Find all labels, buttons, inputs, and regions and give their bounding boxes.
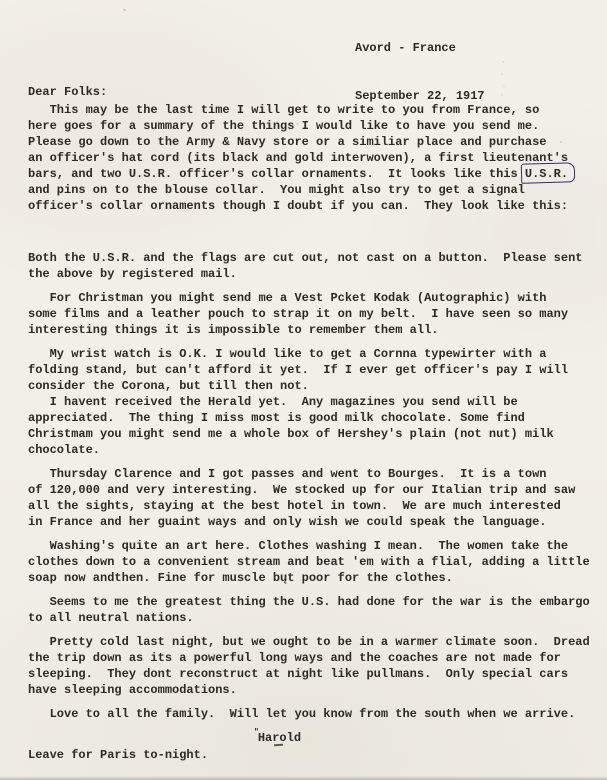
letter-page: Avord - France September 22, 1917 Dear F… (0, 0, 607, 780)
paragraph-herald-chocolate: I havent received the Herald yet. Any ma… (28, 394, 607, 458)
paragraph-embargo: Seems to me the greatest thing the U.S. … (28, 594, 607, 626)
paragraph-bourges-trip: Thursday Clarence and I got passes and w… (28, 466, 607, 530)
paragraph-supplies-request: This may be the last time I will get to … (28, 102, 607, 214)
paragraph-love-to-family: Love to all the family. Will let you kno… (28, 706, 607, 722)
salutation: Dear Folks: (28, 84, 607, 100)
signature: ″Harold (28, 725, 607, 746)
paragraph-cold-night-coaches: Pretty cold last night, but we ought to … (28, 634, 607, 698)
letter-body: Dear Folks: This may be the last time I … (28, 0, 607, 763)
signature-name: Harold (258, 731, 301, 745)
paragraph-cut-out-note: Both the U.S.R. and the flags are cut ou… (28, 250, 607, 282)
paragraph-washing: Washing's quite an art here. Clothes was… (28, 538, 607, 586)
paragraph-kodak-christmas: For Christman you might send me a Vest P… (28, 290, 607, 338)
paragraph-wrist-watch-corona: My wrist watch is O.K. I would like to g… (28, 346, 607, 394)
postscript: Leave for Paris to-night. (28, 747, 607, 763)
